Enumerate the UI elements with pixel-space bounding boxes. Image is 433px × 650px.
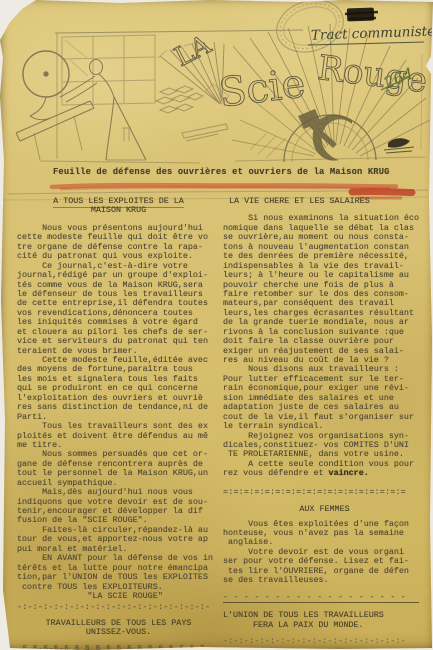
typewritten-line: "LA SCIE ROUGE" [17,592,220,601]
right-divider-3: -:-:-:-:-:-:-:-:-:-:-:-:-:-:-:-:-:- [223,637,426,646]
left-divider-1: -:-:-:-:-:-:-:-:-:-:-:-:-:-:-:-:-:-:- [17,603,220,612]
brick-pile-sketch [156,86,203,113]
right-body-text: Si nous examinons la situation économiqu… [223,214,426,469]
right-heading: LA VIE CHERE ET LES SALAIRES [223,197,426,206]
masthead-subtitle: Feuille de défense des ouvrières et ouvr… [53,167,413,178]
last-line-prefix: rez vous défendre et [223,468,329,478]
ground-planks-sketch [182,124,228,141]
left-slogan-line2: UNISSEZ-VOUS. [17,628,220,637]
left-column: A TOUS LES EXPLOITES DE LA MAISON KRUG N… [17,197,220,650]
right-divider-1: =:=:=:=:=:=:=:=:=:=:=:=:=:=:=:=:=:= [223,488,426,497]
left-divider-2: -§-§-§-§-§ § § § § § § § § § § § § § [17,645,213,650]
right-column: LA VIE CHERE ET LES SALAIRES Si nous exa… [223,197,426,646]
handwritten-note: Tract communiste [311,23,433,43]
typewritten-line: res sans distinction de tendance,ni de [17,403,220,412]
worker-sketch [16,60,146,161]
right-slogan-line2: FERA LA PAIX DU MONDE. [223,621,426,630]
typewritten-line: se des travailleuses. [223,576,426,585]
femmes-body-text: Vous êtes exploitées d'une façonhonteuse… [223,520,426,586]
right-divider-2: - - - - - - - - - - - - - - - - - - [223,593,419,603]
hammer-sickle-icon [298,109,352,161]
ink-blot [345,8,378,22]
right-heading-femmes: AUX FEMMES [223,505,426,514]
right-body-last-line: rez vous défendre et vaincre. [223,469,426,478]
window-sketch [62,35,155,105]
signature-scribble [384,138,414,153]
red-crayon-patch [352,192,412,193]
leaflet-page: LA Scie Rouge Tract communiste 264 [0,0,433,650]
left-heading-line2: MAISON KRUG [17,206,220,215]
left-body-text: Nous vous présentons aujourd'huicette mo… [17,224,220,602]
emphasis-vaincre: vaincre. [329,468,369,478]
masthead-title-la: LA [170,29,217,73]
masthead-title-scie: Scie [216,60,307,116]
